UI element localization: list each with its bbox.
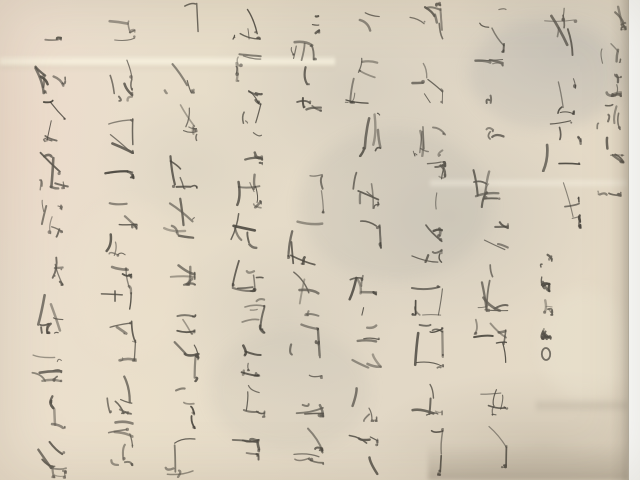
calligraphy-glyph xyxy=(470,107,506,157)
calligraphy-char xyxy=(160,95,200,144)
calligraphy-char xyxy=(403,0,447,54)
calligraphy-char xyxy=(404,212,445,265)
column-8 xyxy=(161,0,199,480)
calligraphy-glyph xyxy=(407,55,444,105)
calligraphy-char xyxy=(97,416,135,468)
calligraphy-char xyxy=(535,318,554,343)
calligraphy-glyph xyxy=(228,421,262,460)
calligraphy-glyph xyxy=(341,160,380,211)
calligraphy-char xyxy=(27,383,68,433)
calligraphy-char xyxy=(283,266,324,319)
calligraphy-char xyxy=(158,383,198,433)
calligraphy-char xyxy=(227,0,263,42)
calligraphy-char xyxy=(163,336,202,385)
calligraphy-char xyxy=(342,106,383,160)
calligraphy-glyph xyxy=(102,314,137,362)
calligraphy-char xyxy=(408,106,448,159)
calligraphy-char xyxy=(403,423,446,478)
calligraphy-glyph xyxy=(341,267,378,317)
calligraphy-glyph xyxy=(100,157,136,207)
calligraphy-char xyxy=(228,125,265,168)
calligraphy-char xyxy=(532,0,581,59)
column-10 xyxy=(29,0,67,480)
calligraphy-char xyxy=(98,104,136,156)
calligraphy-glyph xyxy=(98,54,133,103)
calligraphy-glyph xyxy=(407,373,444,423)
text-columns xyxy=(0,0,640,480)
calligraphy-glyph xyxy=(409,267,445,316)
calligraphy-char xyxy=(537,294,556,319)
calligraphy-char xyxy=(160,432,199,480)
calligraphy-char xyxy=(28,240,66,288)
calligraphy-char xyxy=(231,294,268,337)
calligraphy-char xyxy=(26,336,64,384)
calligraphy-char xyxy=(282,317,323,370)
calligraphy-char xyxy=(30,431,71,480)
calligraphy-char xyxy=(26,192,65,241)
calligraphy-glyph xyxy=(539,248,553,268)
calligraphy-char xyxy=(471,261,511,314)
calligraphy-glyph xyxy=(230,85,264,124)
calligraphy-char xyxy=(473,210,511,262)
calligraphy-char xyxy=(534,173,584,234)
calligraphy-char xyxy=(341,0,383,54)
column-6 xyxy=(286,12,324,471)
calligraphy-glyph xyxy=(229,44,261,82)
calligraphy-glyph xyxy=(32,433,68,479)
column-5 xyxy=(341,0,381,477)
calligraphy-char xyxy=(227,42,264,84)
calligraphy-glyph xyxy=(540,118,582,172)
calligraphy-glyph xyxy=(31,290,66,335)
calligraphy-glyph xyxy=(285,319,322,368)
calligraphy-glyph xyxy=(472,315,508,364)
calligraphy-char xyxy=(468,105,508,159)
calligraphy-char xyxy=(29,288,68,337)
calligraphy-glyph xyxy=(232,254,265,293)
calligraphy-char xyxy=(287,164,327,216)
calligraphy-glyph xyxy=(405,1,444,52)
calligraphy-char xyxy=(100,312,139,364)
calligraphy-char xyxy=(467,53,506,106)
right-margin-strip xyxy=(628,0,640,480)
calligraphy-glyph xyxy=(160,385,196,430)
calligraphy-glyph xyxy=(99,418,133,466)
calligraphy-glyph xyxy=(473,367,509,416)
calligraphy-glyph xyxy=(470,56,505,105)
calligraphy-char xyxy=(537,342,556,367)
calligraphy-char xyxy=(405,53,446,107)
calligraphy-char xyxy=(534,270,553,295)
calligraphy-char xyxy=(162,0,202,49)
calligraphy-char xyxy=(285,63,324,115)
calligraphy-char xyxy=(408,159,448,212)
calligraphy-glyph xyxy=(102,209,139,259)
calligraphy-glyph xyxy=(165,338,200,382)
calligraphy-glyph xyxy=(28,194,63,239)
calligraphy-char xyxy=(339,264,380,318)
calligraphy-glyph xyxy=(229,2,261,40)
calligraphy-glyph xyxy=(233,296,266,334)
calligraphy-glyph xyxy=(98,262,132,310)
calligraphy-char xyxy=(29,47,69,97)
calligraphy-char xyxy=(158,48,197,97)
calligraphy-glyph xyxy=(405,425,444,476)
calligraphy-glyph xyxy=(161,145,198,191)
calligraphy-glyph xyxy=(30,242,64,286)
calligraphy-glyph xyxy=(28,2,63,47)
calligraphy-char xyxy=(226,335,265,379)
calligraphy-char xyxy=(96,363,137,417)
calligraphy-char xyxy=(226,419,264,462)
calligraphy-glyph xyxy=(475,212,509,260)
calligraphy-char xyxy=(283,11,324,64)
calligraphy-glyph xyxy=(32,145,69,191)
calligraphy-glyph xyxy=(162,434,197,479)
calligraphy-char xyxy=(158,191,199,241)
calligraphy-char xyxy=(99,0,138,52)
column-2-note xyxy=(536,246,554,366)
calligraphy-char xyxy=(30,143,71,194)
calligraphy-glyph xyxy=(471,3,508,53)
calligraphy-char xyxy=(97,155,137,209)
calligraphy-glyph xyxy=(230,169,264,209)
calligraphy-glyph xyxy=(469,160,504,209)
calligraphy-char xyxy=(470,313,510,367)
calligraphy-char xyxy=(159,287,200,337)
calligraphy-char xyxy=(471,418,510,471)
calligraphy-glyph xyxy=(343,1,381,51)
calligraphy-char xyxy=(407,265,447,318)
calligraphy-glyph xyxy=(160,193,196,239)
calligraphy-glyph xyxy=(473,264,508,313)
calligraphy-glyph xyxy=(233,380,265,418)
calligraphy-glyph xyxy=(230,128,263,167)
calligraphy-char xyxy=(531,57,580,117)
calligraphy-char xyxy=(340,317,384,373)
calligraphy-glyph xyxy=(539,296,554,316)
calligraphy-glyph xyxy=(533,59,578,115)
calligraphy-char xyxy=(538,116,584,174)
calligraphy-glyph xyxy=(342,373,378,422)
calligraphy-char xyxy=(228,167,266,211)
calligraphy-glyph xyxy=(287,217,324,266)
column-4 xyxy=(406,0,446,477)
calligraphy-glyph xyxy=(28,338,62,382)
calligraphy-char xyxy=(96,260,134,312)
calligraphy-char xyxy=(405,371,446,425)
calligraphy-glyph xyxy=(100,106,134,154)
calligraphy-char xyxy=(342,211,385,266)
calligraphy-char xyxy=(340,371,380,424)
calligraphy-char xyxy=(159,240,198,289)
column-9 xyxy=(99,0,137,468)
calligraphy-glyph xyxy=(228,211,263,251)
calligraphy-char xyxy=(230,252,267,295)
calligraphy-char xyxy=(26,0,65,49)
calligraphy-glyph xyxy=(98,365,135,415)
calligraphy-glyph xyxy=(343,319,382,370)
calligraphy-char xyxy=(159,143,200,193)
calligraphy-glyph xyxy=(162,97,198,142)
calligraphy-glyph xyxy=(536,175,581,232)
calligraphy-glyph xyxy=(31,49,67,95)
calligraphy-glyph xyxy=(161,242,196,287)
calligraphy-glyph xyxy=(161,289,197,335)
calligraphy-char xyxy=(471,365,511,418)
calligraphy-char xyxy=(467,158,506,211)
calligraphy-glyph xyxy=(289,166,325,214)
calligraphy-char xyxy=(286,368,326,420)
calligraphy-char xyxy=(468,1,509,55)
calligraphy-glyph xyxy=(407,320,444,370)
calligraphy-glyph xyxy=(473,420,508,469)
calligraphy-char xyxy=(537,246,555,270)
calligraphy-glyph xyxy=(342,426,378,475)
calligraphy-glyph xyxy=(538,320,553,341)
calligraphy-glyph xyxy=(101,2,136,51)
calligraphy-glyph xyxy=(410,108,446,157)
calligraphy-glyph xyxy=(29,385,66,431)
calligraphy-glyph xyxy=(285,13,322,62)
calligraphy-glyph xyxy=(539,344,554,365)
calligraphy-char xyxy=(228,83,266,127)
paper-right-edge-shadow xyxy=(610,0,628,480)
calligraphy-glyph xyxy=(344,54,382,104)
calligraphy-glyph xyxy=(410,161,446,210)
calligraphy-char xyxy=(285,215,326,268)
column-7 xyxy=(229,0,265,462)
calligraphy-glyph xyxy=(345,108,382,158)
calligraphy-char xyxy=(342,52,384,107)
calligraphy-char xyxy=(29,95,69,145)
calligraphy-glyph xyxy=(286,268,323,317)
manuscript-photo xyxy=(0,0,640,480)
calligraphy-char xyxy=(231,378,267,420)
calligraphy-glyph xyxy=(164,1,200,47)
calligraphy-glyph xyxy=(287,65,322,113)
calligraphy-glyph xyxy=(288,421,325,470)
calligraphy-glyph xyxy=(160,50,195,95)
calligraphy-glyph xyxy=(289,370,325,418)
calligraphy-char xyxy=(226,209,265,253)
calligraphy-glyph xyxy=(31,97,67,143)
calligraphy-glyph xyxy=(228,337,262,377)
calligraphy-char xyxy=(286,419,327,472)
calligraphy-char xyxy=(96,51,135,104)
calligraphy-glyph xyxy=(536,272,551,292)
calligraphy-char xyxy=(100,207,141,261)
calligraphy-glyph xyxy=(534,1,578,57)
calligraphy-char xyxy=(405,318,446,372)
calligraphy-char xyxy=(340,424,380,477)
calligraphy-glyph xyxy=(407,214,444,263)
column-2 xyxy=(535,0,581,232)
calligraphy-glyph xyxy=(344,213,383,264)
calligraphy-char xyxy=(285,114,324,166)
column-3 xyxy=(470,2,508,470)
calligraphy-char xyxy=(339,158,382,213)
